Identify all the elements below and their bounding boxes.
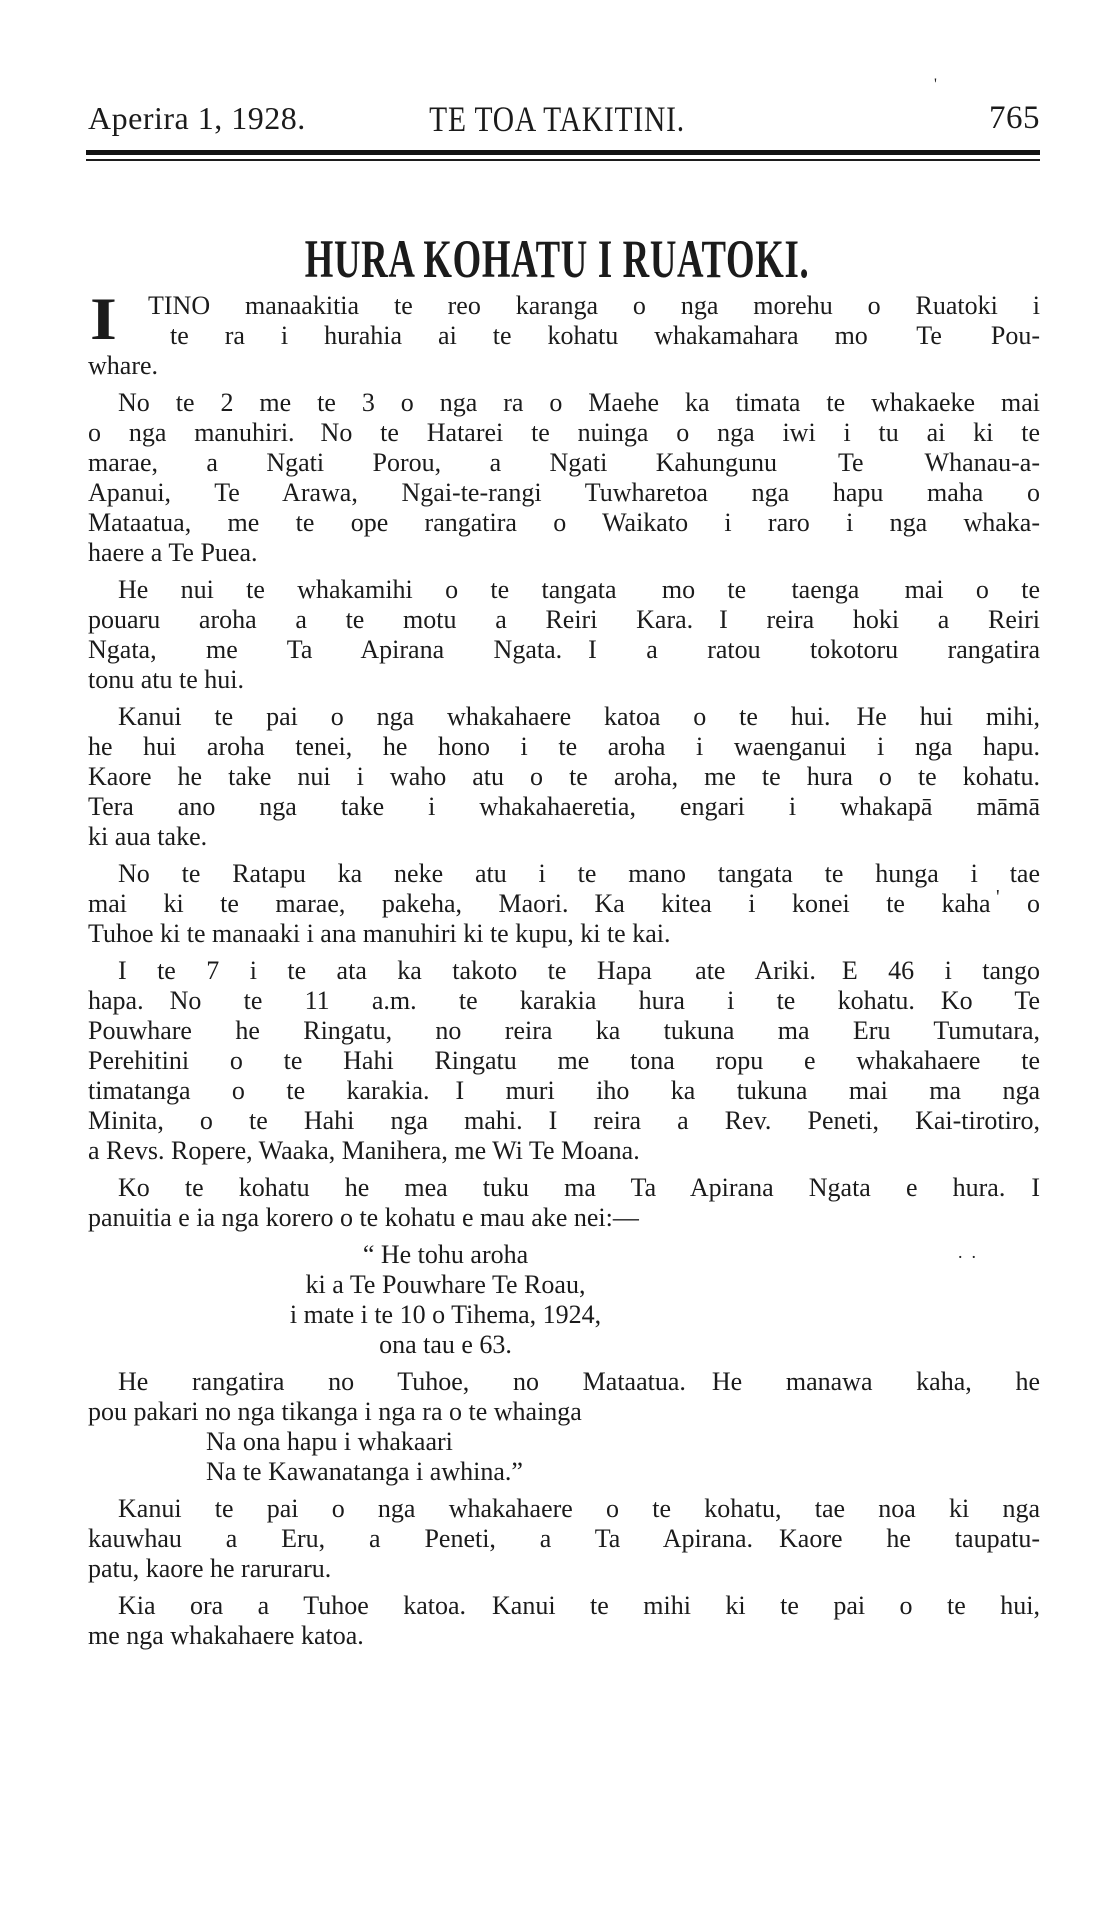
text-line: Pouwhare he Ringatu, no reira ka tukuna … [88,1016,1040,1046]
text-line: Kia ora a Tuhoe katoa. Kanui te mihi ki … [88,1591,1040,1621]
text-line: Minita, o te Hahi nga mahi. I reira a Re… [88,1106,1040,1136]
text-line: Tuhoe ki te manaaki i ana manuhiri ki te… [88,919,1040,949]
text-line: I te 7 i te ata ka takoto te Hapa ate Ar… [88,956,1040,986]
text-line: Na ona hapu i whakaari [88,1427,1040,1457]
article-title-text: HURA KOHATU I RUATOKI. [305,231,810,287]
para-2: No te 2 me te 3 o nga ra o Maehe ka tima… [88,388,1040,568]
masthead: TE TOA TAKITINI. [0,98,1114,140]
stray-ink-mark: . . [958,1242,976,1263]
article-body: ITINO manaakitia te reo karanga o nga mo… [88,291,1040,1651]
para-1: ITINO manaakitia te reo karanga o nga mo… [88,291,1040,381]
stray-ink-mark: ' [996,886,1000,909]
text-line: marae, a Ngati Porou, a Ngati Kahungunu … [88,448,1040,478]
text-line: Perehitini o te Hahi Ringatu me tona rop… [88,1046,1040,1076]
text-line: “ He tohu aroha [88,1240,803,1270]
text-line: patu, kaore he raruraru. [88,1554,1040,1584]
text-line: he hui aroha tenei, he hono i te aroha i… [88,732,1040,762]
header-rule [86,150,1040,161]
para-5: No te Ratapu ka neke atu i te mano tanga… [88,859,1040,949]
text-line: He nui te whakamihi o te tangata mo te t… [88,575,1040,605]
text-line: TINO manaakitia te reo karanga o nga mor… [88,291,1040,321]
para-4: Kanui te pai o nga whakahaere katoa o te… [88,702,1040,852]
stray-ink-mark: ' [934,76,937,94]
text-line: te ra i hurahia ai te kohatu whakamahara… [88,321,1040,351]
para-3: He nui te whakamihi o te tangata mo te t… [88,575,1040,695]
text-line: ki aua take. [88,822,1040,852]
text-line: me nga whakahaere katoa. [88,1621,1040,1651]
text-line: No te 2 me te 3 o nga ra o Maehe ka tima… [88,388,1040,418]
page-number: 765 [989,100,1040,137]
para-9: Kia ora a Tuhoe katoa. Kanui te mihi ki … [88,1591,1040,1651]
text-line: panuitia e ia nga korero o te kohatu e m… [88,1203,1040,1233]
page-header: Aperira 1, 1928. TE TOA TAKITINI. 765 [0,100,1114,138]
text-line: Apanui, Te Arawa, Ngai-te-rangi Tuwharet… [88,478,1040,508]
text-line: Ngata, me Ta Apirana Ngata. I a ratou to… [88,635,1040,665]
text-line: ona tau e 63. [88,1330,803,1360]
para-6: I te 7 i te ata ka takoto te Hapa ate Ar… [88,956,1040,1166]
para-8: Kanui te pai o nga whakahaere o te kohat… [88,1494,1040,1584]
text-line: mai ki te marae, pakeha, Maori. Ka kitea… [88,889,1040,919]
article-title: HURA KOHATU I RUATOKI. [0,231,1114,287]
text-line: a Revs. Ropere, Waaka, Manihera, me Wi T… [88,1136,1040,1166]
text-line: Mataatua, me te ope rangatira o Waikato … [88,508,1040,538]
page: Aperira 1, 1928. TE TOA TAKITINI. 765 HU… [0,0,1114,1924]
text-line: He rangatira no Tuhoe, no Mataatua. He m… [88,1367,1040,1397]
text-line: o nga manuhiri. No te Hatarei te nuinga … [88,418,1040,448]
text-line: pouaru aroha a te motu a Reiri Kara. I r… [88,605,1040,635]
text-line: Kanui te pai o nga whakahaere o te kohat… [88,1494,1040,1524]
text-line: ki a Te Pouwhare Te Roau, [88,1270,803,1300]
text-line: Ko te kohatu he mea tuku ma Ta Apirana N… [88,1173,1040,1203]
text-line: Na te Kawanatanga i awhina.” [88,1457,1040,1487]
text-line: hapa. No te 11 a.m. te karakia hura i te… [88,986,1040,1016]
text-line: timatanga o te karakia. I muri iho ka tu… [88,1076,1040,1106]
text-line: kauwhau a Eru, a Peneti, a Ta Apirana. K… [88,1524,1040,1554]
text-line: No te Ratapu ka neke atu i te mano tanga… [88,859,1040,889]
drop-cap: I [90,293,117,345]
text-line: haere a Te Puea. [88,538,1040,568]
text-line: Tera ano nga take i whakahaeretia, engar… [88,792,1040,822]
text-line: Kaore he take nui i waho atu o te aroha,… [88,762,1040,792]
text-line: i mate i te 10 o Tihema, 1924, [88,1300,803,1330]
text-line: tonu atu te hui. [88,665,1040,695]
masthead-text: TE TOA TAKITINI. [429,98,685,140]
inscription-continuation: He rangatira no Tuhoe, no Mataatua. He m… [88,1367,1040,1487]
text-line: pou pakari no nga tikanga i nga ra o te … [88,1397,1040,1427]
text-line: whare. [88,351,1040,381]
inscription-quote: “ He tohu arohaki a Te Pouwhare Te Roau,… [88,1240,1040,1360]
para-7: Ko te kohatu he mea tuku ma Ta Apirana N… [88,1173,1040,1233]
text-line: Kanui te pai o nga whakahaere katoa o te… [88,702,1040,732]
